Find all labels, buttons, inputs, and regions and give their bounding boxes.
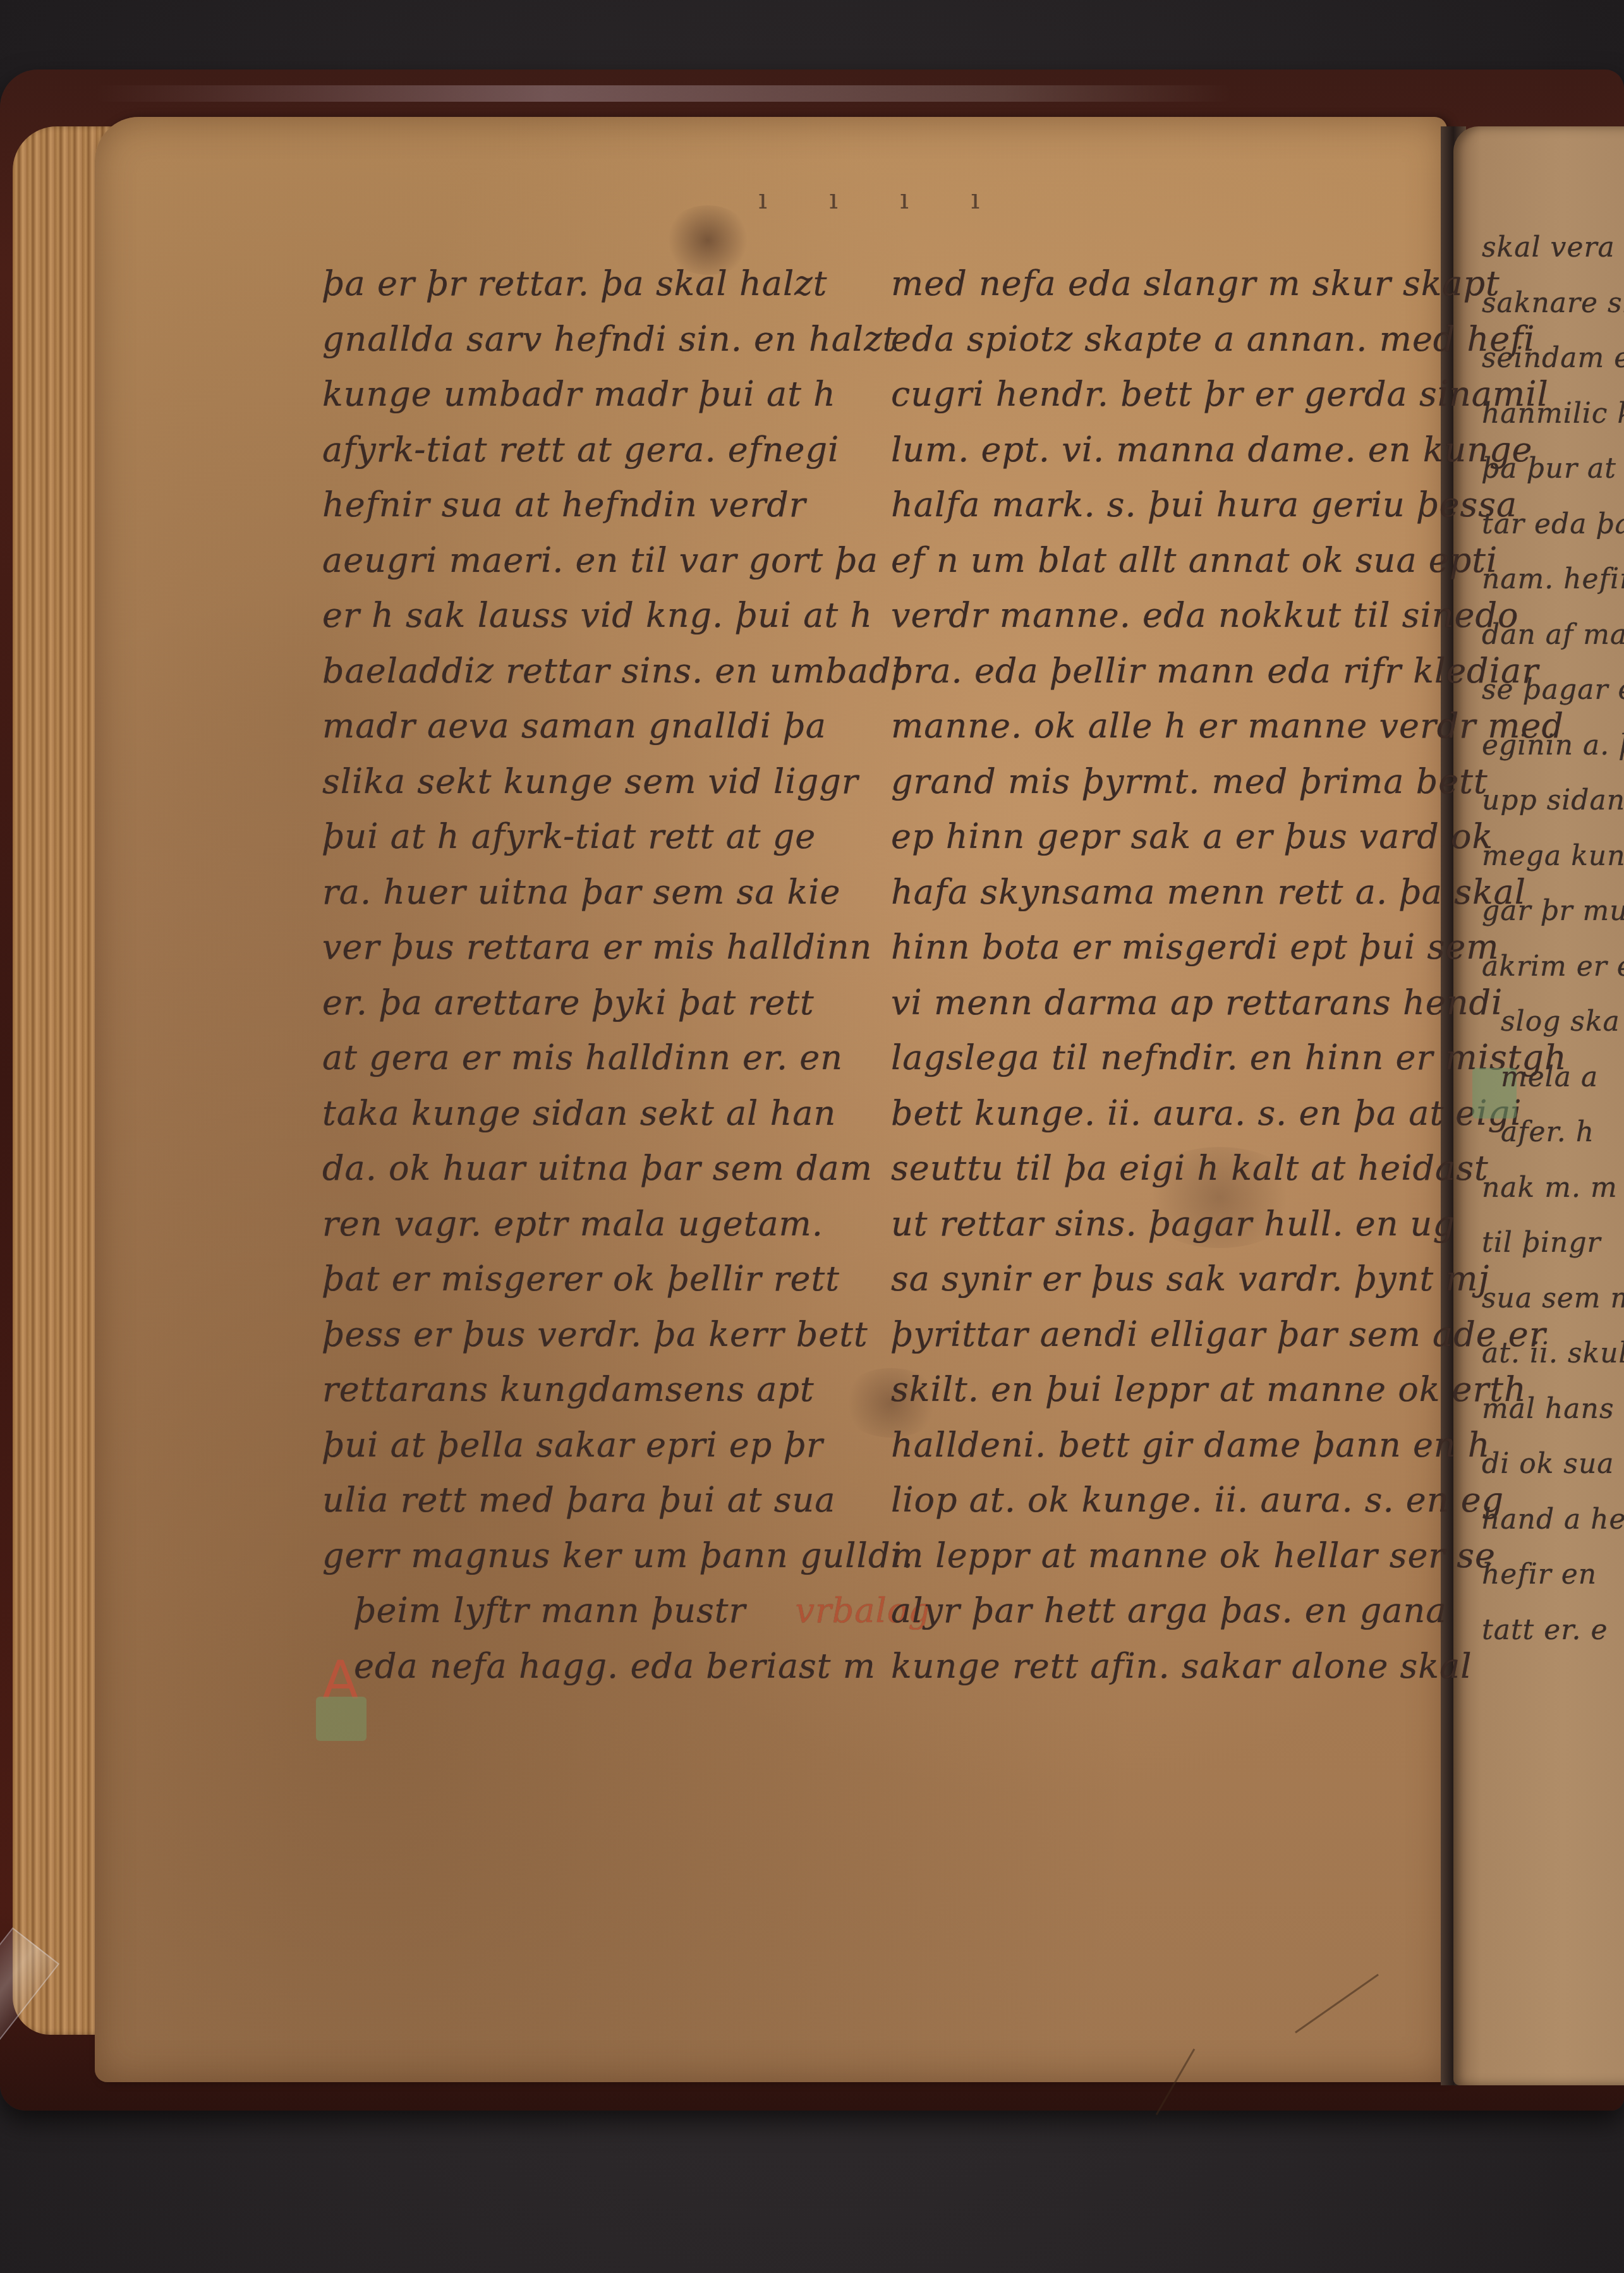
manuscript-line: þui at h afyrk-tiat rett at ge bbox=[322, 809, 866, 864]
manuscript-line: hefnir sua at hefndin verdr bbox=[322, 477, 866, 533]
manuscript-line: alyr þar hett arga þas. en gana bbox=[891, 1583, 1460, 1639]
manuscript-line: eginin a. þ bbox=[1482, 719, 1624, 775]
manuscript-line: kunge rett afin. sakar alone skal bbox=[891, 1639, 1460, 1694]
text-column-c-partial: skal vera þu saknare skal seindam ed han… bbox=[1482, 221, 1624, 1659]
pricking-marks: ı ı ı ı bbox=[758, 183, 1006, 215]
manuscript-line: lagslega til nefndir. en hinn er mistgh bbox=[891, 1030, 1460, 1086]
manuscript-line: slog ska bbox=[1482, 995, 1624, 1051]
manuscript-line: ren vagr. eptr mala ugetam. bbox=[322, 1196, 866, 1252]
manuscript-line: sua sem m bbox=[1482, 1272, 1624, 1328]
manuscript-line: akrim er e bbox=[1482, 940, 1624, 996]
manuscript-line: gar þr mul bbox=[1482, 885, 1624, 940]
manuscript-line: skal vera þu bbox=[1482, 221, 1624, 277]
manuscript-line: lum. ept. vi. manna dame. en kunge bbox=[891, 422, 1460, 478]
manuscript-line: m leppr at manne ok hellar ser se bbox=[891, 1528, 1460, 1584]
manuscript-line: þui at þella sakar epri ep þr bbox=[322, 1417, 866, 1473]
manuscript-line: grand mis þyrmt. med þrima bett bbox=[891, 754, 1460, 809]
manuscript-line: kunge umbadr madr þui at h bbox=[322, 367, 866, 422]
manuscript-line: ulia rett med þara þui at sua bbox=[322, 1472, 866, 1528]
manuscript-line: ef n um blat allt annat ok sua epti bbox=[891, 533, 1460, 588]
manuscript-line: ep hinn gepr sak a er þus vard ok bbox=[891, 809, 1460, 864]
manuscript-line: þra. eda þellir mann eda rifr klediar bbox=[891, 643, 1460, 699]
manuscript-line: cugri hendr. bett þr er gerda sinamil bbox=[891, 367, 1460, 422]
binding-sheen bbox=[95, 85, 1232, 102]
manuscript-line: afer. h bbox=[1482, 1106, 1624, 1161]
manuscript-line: þess er þus verdr. þa kerr bett bbox=[322, 1307, 866, 1362]
manuscript-line: med nefa eda slangr m skur skapt bbox=[891, 256, 1460, 312]
manuscript-line: afyrk-tiat rett at gera. efnegi bbox=[322, 422, 866, 478]
manuscript-line: til þingr bbox=[1482, 1216, 1624, 1272]
manuscript-line: rettarans kungdamsens apt bbox=[322, 1362, 866, 1417]
manuscript-line: saknare skal bbox=[1482, 277, 1624, 332]
manuscript-line: upp sidan. þ bbox=[1482, 774, 1624, 830]
manuscript-line: halldeni. bett gir dame þann en h bbox=[891, 1417, 1460, 1473]
manuscript-line: vi menn darma ap rettarans hendi bbox=[891, 975, 1460, 1031]
manuscript-line: seindam ed bbox=[1482, 332, 1624, 387]
manuscript-line: mal hans bbox=[1482, 1383, 1624, 1438]
manuscript-line: hinn bota er misgerdi ept þui sem bbox=[891, 919, 1460, 975]
manuscript-line: halfa mark. s. þui hura geriu þessa bbox=[891, 477, 1460, 533]
manuscript-line: bett kunge. ii. aura. s. en þa at eigi bbox=[891, 1086, 1460, 1141]
manuscript-line: ver þus rettara er mis halldinn bbox=[322, 919, 866, 975]
manuscript-line: taka kunge sidan sekt al han bbox=[322, 1086, 866, 1141]
manuscript-line: mega kunge bbox=[1482, 830, 1624, 885]
manuscript-line: eda nefa hagg. eda beriast m bbox=[322, 1639, 866, 1694]
manuscript-line: tatt er. e bbox=[1482, 1604, 1624, 1659]
manuscript-line: seuttu til þa eigi h kalt at heidast bbox=[891, 1141, 1460, 1196]
parchment-crack bbox=[1295, 1973, 1379, 2033]
manuscript-line: madr aeva saman gnalldi þa bbox=[322, 698, 866, 754]
manuscript-line: at gera er mis halldinn er. en bbox=[322, 1030, 866, 1086]
manuscript-line: þa þur at d bbox=[1482, 442, 1624, 498]
manuscript-line: sa synir er þus sak vardr. þynt mj bbox=[891, 1251, 1460, 1307]
manuscript-line: gnallda sarv hefndi sin. en halzt bbox=[322, 312, 866, 367]
manuscript-line: liop at. ok kunge. ii. aura. s. en eg bbox=[891, 1472, 1460, 1528]
manuscript-line: nam. hefir bbox=[1482, 553, 1624, 609]
text-column-a: þa er þr rettar. þa skal halzt gnallda s… bbox=[322, 256, 866, 1694]
green-initial-fill bbox=[316, 1697, 367, 1741]
manuscript-line: er. þa arettare þyki þat rett bbox=[322, 975, 866, 1031]
manuscript-line: aeugri maeri. en til var gort þa bbox=[322, 533, 866, 588]
manuscript-text: þeim lyftr mann þustr bbox=[354, 1591, 746, 1630]
manuscript-line: se þagar er bbox=[1482, 664, 1624, 719]
manuscript-line: hefir en bbox=[1482, 1548, 1624, 1604]
text-column-b: med nefa eda slangr m skur skapt eda spi… bbox=[891, 256, 1460, 1694]
manuscript-line: di ok sua bbox=[1482, 1438, 1624, 1493]
manuscript-line: nak m. m bbox=[1482, 1161, 1624, 1217]
manuscript-line: da. ok huar uitna þar sem dam bbox=[322, 1141, 866, 1196]
manuscript-line: baeladdiz rettar sins. en umbadr bbox=[322, 643, 866, 699]
manuscript-line-with-rubric: þeim lyftr mann þustr vrbalog bbox=[322, 1583, 866, 1639]
manuscript-line: manne. ok alle h er manne verdr med bbox=[891, 698, 1460, 754]
decorated-initial: A bbox=[310, 1649, 379, 1776]
manuscript-line: mela a bbox=[1482, 1051, 1624, 1106]
manuscript-line: er h sak lauss vid kng. þui at h bbox=[322, 588, 866, 643]
manuscript-line: hanmilic k bbox=[1482, 387, 1624, 443]
manuscript-line: þyrittar aendi elligar þar sem ade er bbox=[891, 1307, 1460, 1362]
manuscript-line: eda spiotz skapte a annan. med hefi bbox=[891, 312, 1460, 367]
manuscript-line: gerr magnus ker um þann gulldi. bbox=[322, 1528, 866, 1584]
manuscript-line: hand a he bbox=[1482, 1493, 1624, 1549]
manuscript-line: þat er misgerer ok þellir rett bbox=[322, 1251, 866, 1307]
manuscript-line: þa er þr rettar. þa skal halzt bbox=[322, 256, 866, 312]
manuscript-line: at. ii. skulu bbox=[1482, 1327, 1624, 1383]
manuscript-line: dan af mar bbox=[1482, 609, 1624, 664]
manuscript-line: skilt. en þui leppr at manne ok erth bbox=[891, 1362, 1460, 1417]
manuscript-line: ra. huer uitna þar sem sa kie bbox=[322, 864, 866, 920]
manuscript-line: verdr manne. eda nokkut til sinedo bbox=[891, 588, 1460, 643]
manuscript-line: hafa skynsama menn rett a. þa skal bbox=[891, 864, 1460, 920]
manuscript-line: slika sekt kunge sem vid liggr bbox=[322, 754, 866, 809]
manuscript-line: ut rettar sins. þagar hull. en ug bbox=[891, 1196, 1460, 1252]
manuscript-line: tar eda þau bbox=[1482, 498, 1624, 554]
